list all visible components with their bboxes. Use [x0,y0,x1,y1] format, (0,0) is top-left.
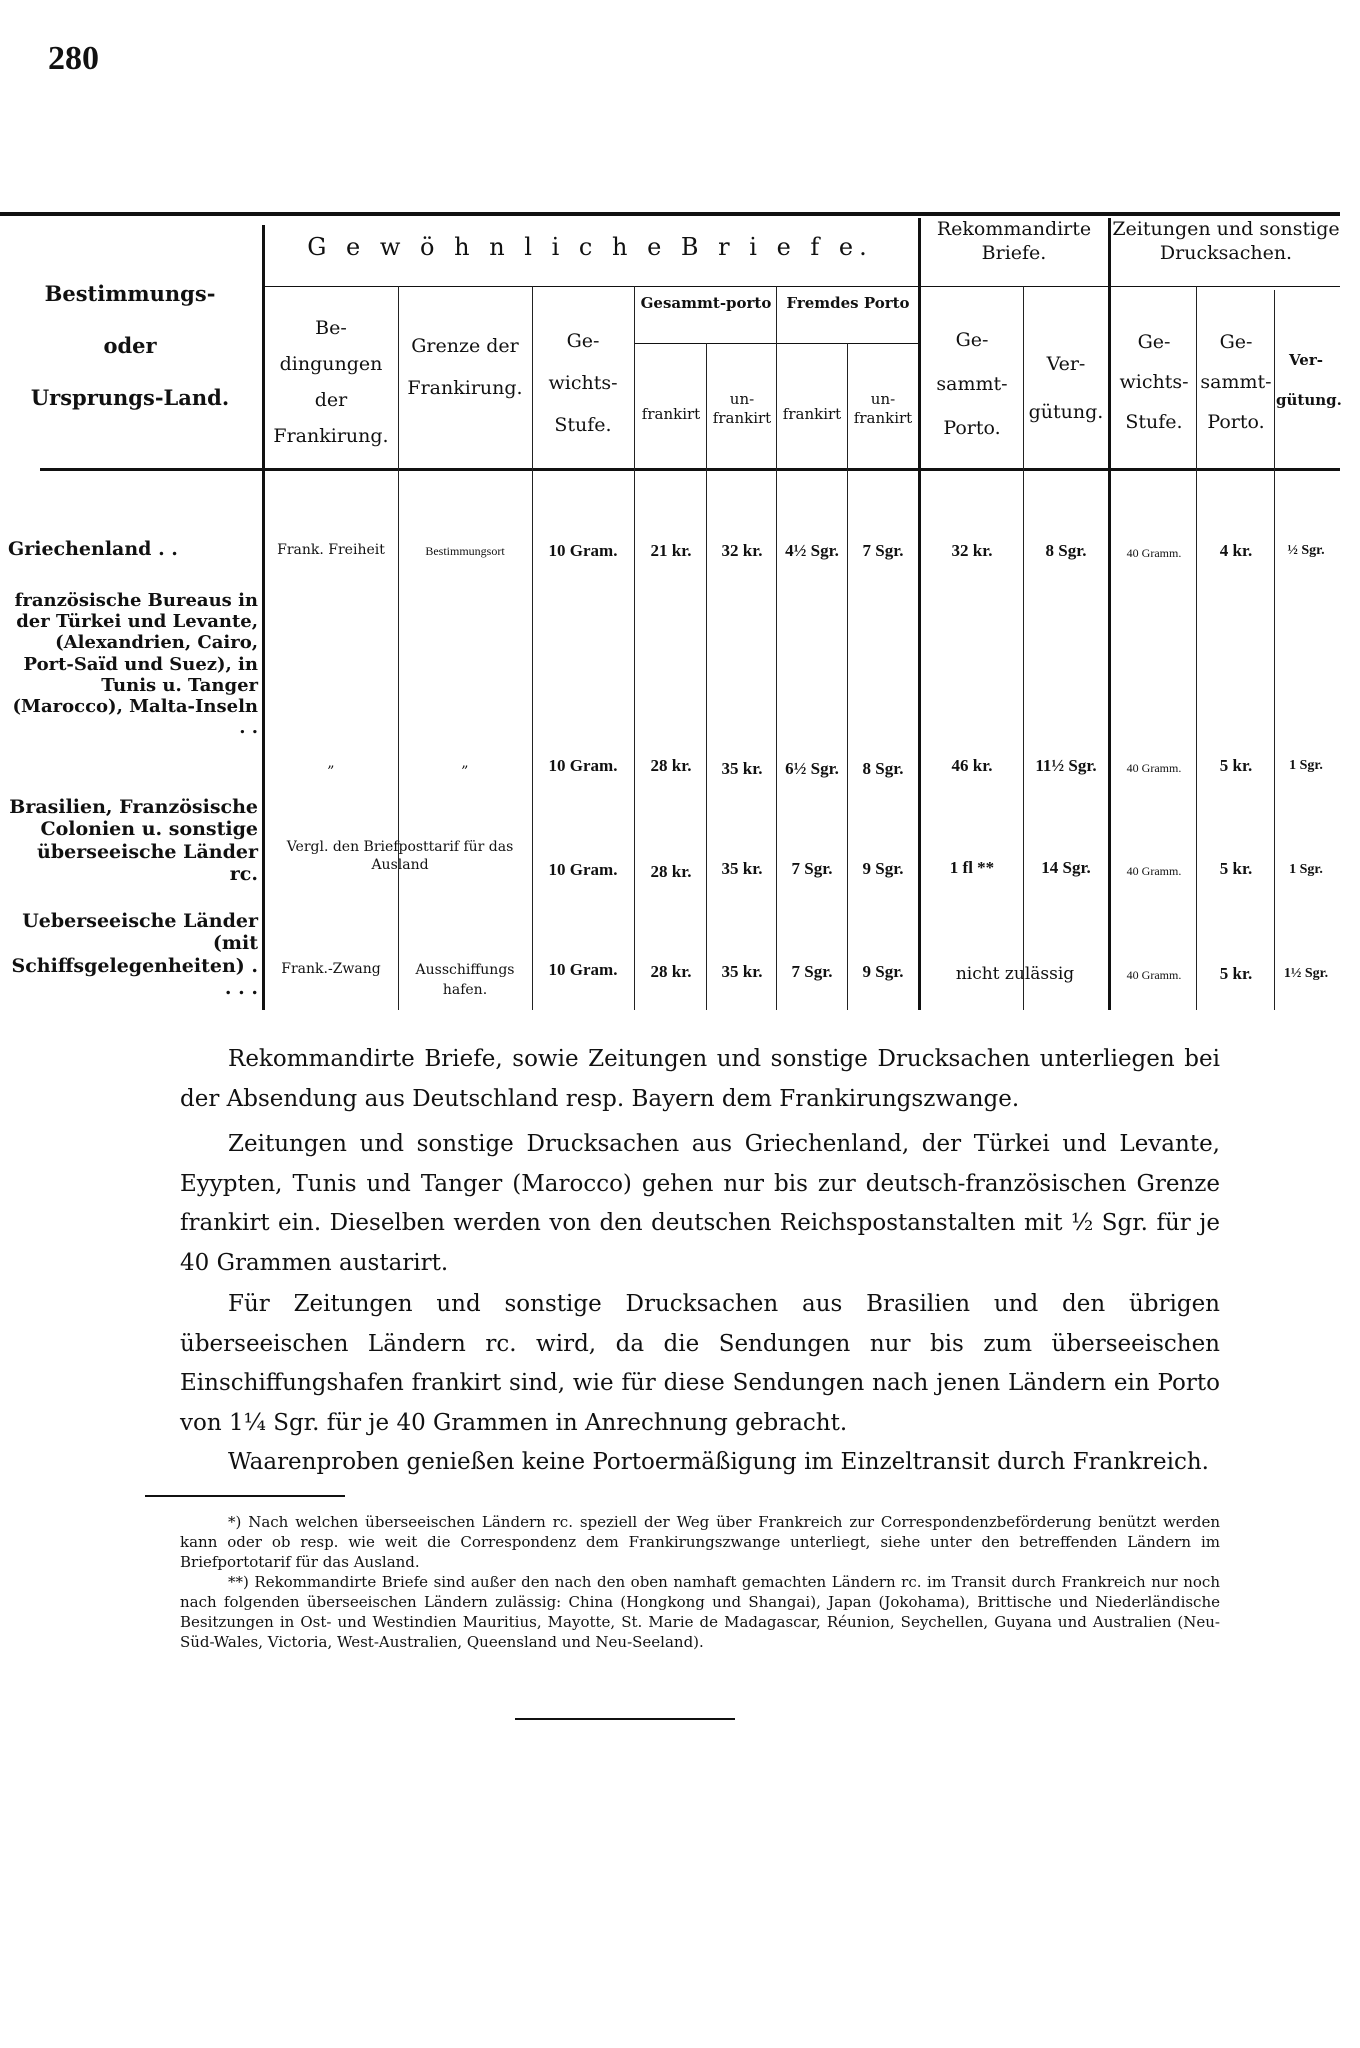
header-country-line: Ursprungs-Land. [10,372,250,424]
row-foreign-franked: 6½ Sgr. [778,759,846,779]
row-weight: 10 Gram. [534,860,632,880]
row-np-weight: 40 Gramm. [1112,546,1196,561]
footnote-rule [145,1495,345,1497]
row-total-franked: 21 kr. [636,541,706,561]
col-divider [398,286,399,1010]
section-divider [918,218,921,1010]
header-country-line: Bestimmungs- [10,268,250,320]
row-weight: 10 Gram. [534,756,632,776]
header-total-unfranked: un-frankirt [708,390,776,428]
header-np-weight: Ge-wichts-Stufe. [1112,322,1196,442]
paragraph: Waarenproben genießen keine Portoermäßig… [180,1443,1220,1483]
closing-rule [515,1718,735,1720]
row-weight: 10 Gram. [534,960,632,980]
row-limit: „ [400,755,530,771]
row-total-unfranked: 32 kr. [708,541,776,561]
header-country: Bestimmungs- oder Ursprungs-Land. [10,268,250,424]
header-reg-fee: Ver-gütung. [1025,340,1107,436]
paragraph: Rekommandirte Briefe, sowie Zeitungen un… [180,1040,1220,1119]
header-ordinary-letters: G e w ö h n l i c h e B r i e f e. [265,232,915,262]
row-total-franked: 28 kr. [636,756,706,776]
row-country: Ueberseeische Länder (mit Schiffsgelegen… [8,910,258,1000]
row-limit: Bestimmungsort [400,544,530,559]
header-foreign-franked: frankirt [778,405,846,424]
footnote: *) Nach welchen überseeischen Ländern rc… [180,1512,1220,1572]
col-divider [706,343,707,1010]
row-total-unfranked: 35 kr. [708,859,776,879]
header-np-fee: Ver-gütung. [1276,340,1336,420]
row-foreign-unfranked: 8 Sgr. [849,759,917,779]
paragraph: Zeitungen und sonstige Drucksachen aus G… [180,1125,1220,1283]
row-foreign-franked: 7 Sgr. [778,962,846,982]
section-divider [1108,218,1111,1010]
header-conditions: Be-dingungen der Frankirung. [266,310,396,454]
country-divider [262,225,265,1010]
header-country-line: oder [10,320,250,372]
row-reg-total: 46 kr. [922,756,1022,776]
row-conditions: „ [266,755,396,771]
header-total-postage: Gesammt-porto [636,294,776,313]
row-conditions: Frank. Freiheit [266,542,396,558]
header-reg-total: Ge-sammt-Porto. [922,318,1022,450]
header-total-franked: frankirt [636,405,706,424]
row-country: französische Bureaus in der Türkei und L… [8,590,258,739]
header-foreign-unfranked: un-frankirt [849,390,917,428]
col-divider [1023,286,1024,1010]
row-limit: Ausschiffungs hafen. [410,960,520,1000]
row-np-fee: 1 Sgr. [1276,862,1336,878]
row-np-total: 5 kr. [1198,859,1274,879]
row-np-fee: 1 Sgr. [1276,758,1336,774]
row-country: Brasilien, Französische Colonien u. sons… [8,796,258,886]
row-np-total: 4 kr. [1198,541,1274,561]
row-np-total: 5 kr. [1198,964,1274,984]
col-divider [1196,286,1197,1010]
header-weight: Ge-wichts-Stufe. [534,320,632,446]
row-total-unfranked: 35 kr. [708,759,776,779]
row-foreign-unfranked: 9 Sgr. [849,962,917,982]
header-np-total: Ge-sammt-Porto. [1198,322,1274,442]
table-top-rule [0,212,1340,216]
col-divider [634,286,635,1010]
row-total-unfranked: 35 kr. [708,962,776,982]
row-reg-fee: 14 Sgr. [1025,858,1107,878]
col-divider [776,286,777,1010]
row-total-franked: 28 kr. [636,962,706,982]
row-foreign-franked: 4½ Sgr. [778,541,846,561]
row-reg-fee: 11½ Sgr. [1025,756,1107,776]
header-foreign-postage: Fremdes Porto [778,294,918,313]
row-np-fee: ½ Sgr. [1276,543,1336,559]
col-divider [1274,290,1275,1010]
col-divider [532,286,533,1010]
paragraph: Für Zeitungen und sonstige Drucksachen a… [180,1285,1220,1443]
header-registered: Rekommandirte Briefe. [922,218,1106,266]
row-country: Griechenland . . [8,538,258,560]
row-reg-total: nicht zulässig [922,964,1108,984]
row-weight: 10 Gram. [534,541,632,561]
header-newspapers: Zeitungen und sonstige Drucksachen. [1112,218,1340,266]
row-np-weight: 40 Gramm. [1112,761,1196,776]
row-conditions: Frank.-Zwang [266,961,396,977]
subheader-rule [265,286,1340,287]
header-bottom-rule [40,468,1340,471]
col-divider [847,343,848,1010]
page-number: 280 [48,40,99,78]
row-total-franked: 28 kr. [636,862,706,882]
row-np-weight: 40 Gramm. [1112,968,1196,983]
row-reg-total: 1 fl ** [922,858,1022,878]
row-reg-total: 32 kr. [922,541,1022,561]
row-conditions: Vergl. den Briefposttarif für das Auslan… [280,838,520,874]
row-np-weight: 40 Gramm. [1112,864,1196,879]
row-foreign-unfranked: 7 Sgr. [849,541,917,561]
row-foreign-franked: 7 Sgr. [778,859,846,879]
row-reg-fee: 8 Sgr. [1025,541,1107,561]
row-np-total: 5 kr. [1198,756,1274,776]
header-limit: Grenze der Frankirung. [400,325,530,409]
footnotes: *) Nach welchen überseeischen Ländern rc… [180,1512,1220,1652]
row-np-fee: 1½ Sgr. [1276,966,1336,982]
footnote: **) Rekommandirte Briefe sind außer den … [180,1572,1220,1652]
row-foreign-unfranked: 9 Sgr. [849,859,917,879]
